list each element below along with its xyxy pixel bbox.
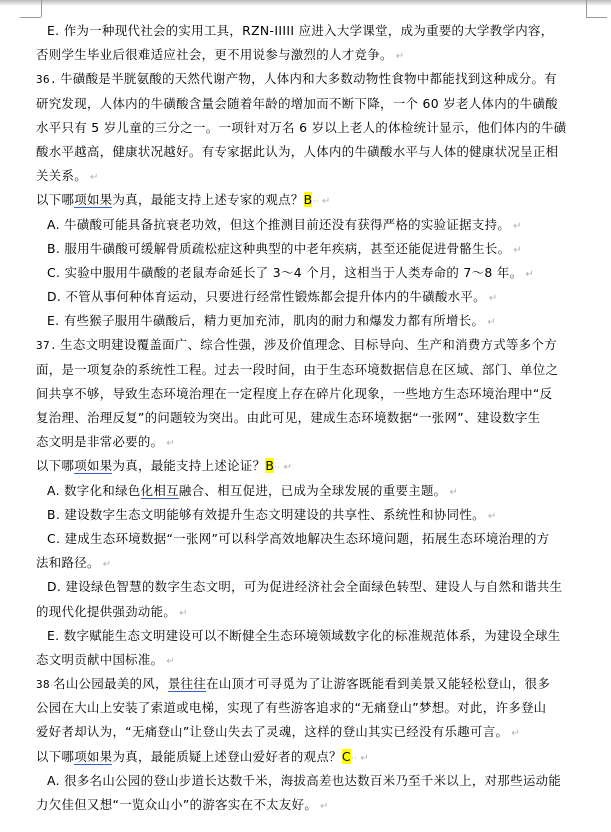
paragraph-mark-icon: ↵ [449,487,458,498]
space-marks: ·· [312,197,318,207]
text: 公园在大山上安装了索道或电梯，实现了有些游客追求的“无痛登山”梦想。对此，许多登… [36,700,546,715]
paragraph-mark-icon: ↵ [179,608,188,619]
text: 生态文明建设覆盖面广、综合性强，涉及价值理念、目标导向、生产和消费方式等多个方 [60,337,557,352]
crop-mark-right [586,17,607,18]
q37-stem: 37.·生态文明建设覆盖面广、综合性强，涉及价值理念、目标导向、生产和消费方式等… [36,333,586,357]
text: 牛磺酸是半胱氨酸的天然代谢产物，人体内和大多数动物性食物中都能找到这种成分。有 [60,71,557,86]
q36-stem: 酸水平越高，健康状况越好。有专家据此认为，人体内的牛磺酸水平与人体的健康状况呈正… [36,140,586,164]
q37-stem: 间共享不够，导致生态环境治理在一定程度上存在碎片化现象，一些地方生态环境治理中“… [36,382,586,406]
text: B. 服用牛磺酸可缓解骨质疏松症这种典型的中老年疾病，甚至还能促进骨骼生长。 [47,241,510,256]
text: 以下哪 [36,192,74,207]
grammar-underline[interactable]: 项如果 [74,192,112,208]
grammar-underline[interactable]: 项如果 [74,749,112,765]
text: 法和路径。 [36,555,100,570]
text: 态文明贡献中国标准。 [36,652,163,667]
q37-option-c-cont: 法和路径。↵ [36,551,586,575]
text: E. 数字赋能生态文明建设可以不断健全生态环境领域数字化的标准规范体系，为建设全… [47,628,561,643]
paragraph-mark-icon: ↵ [525,269,534,280]
text: 研究发现，人体内的牛磺酸含量会随着年龄的增加而不断下降，一个 60 岁老人体内的… [36,96,558,111]
q37-option-e: E. 数字赋能生态文明建设可以不断健全生态环境领域数字化的标准规范体系，为建设全… [36,624,586,648]
text: A. 牛磺酸可能具备抗衰老功效，但这个推测目前还没有获得严格的实验证据支持。 [47,217,510,232]
paragraph-mark-icon: ↵ [166,656,175,667]
q38-stem: 公园在大山上安装了索道或电梯，实现了有些游客追求的“无痛登山”梦想。对此，许多登… [36,696,586,720]
q36-stem: 水平只有 5 岁儿童的三分之一。一项针对万名 6 岁以上老人的体检统计显示，他们… [36,116,586,140]
text: A. 很多名山公园的登山步道长达数千米，海拔高差也达数百米乃至千米以上，对那些运… [47,773,561,788]
crop-mark-left [20,17,41,18]
q36-option-c: C. 实验中服用牛磺酸的老鼠寿命延长了 3～4 个月，这相当于人类寿命的 7～8… [36,261,586,285]
q37-stem: 面，是一项复杂的系统性工程。过去一段时间，由于生态环境数据信息在区域、部门、单位… [36,358,586,382]
paragraph-mark-icon: ↵ [511,728,520,739]
text: C. 实验中服用牛磺酸的老鼠寿命延长了 3～4 个月，这相当于人类寿命的 7～8… [47,265,522,280]
q37-stem: 复治理、治理反复”的问题较为突出。由此可见，建成生态环境数据“一张网”、建设数字… [36,406,586,430]
text: A. 数字化和绿色 [47,483,141,498]
text: 名山公园最美的风， [53,676,168,691]
q38-option-a: A. 很多名山公园的登山步道长达数千米，海拔高差也达数百米乃至千米以上，对那些运… [36,769,586,793]
q36-option-b: B. 服用牛磺酸可缓解骨质疏松症这种典型的中老年疾病，甚至还能促进骨骼生长。↵ [36,237,586,261]
q36-question: 以下哪项如果为真，最能支持上述专家的观点？B··↵ [36,188,586,212]
q38-question: 以下哪项如果为真，最能质疑上述登山爱好者的观点？C··↵ [36,745,586,769]
text: 融合、相互促进，已成为全球发展的重要主题。 [179,483,447,498]
paragraph-mark-icon: ↵ [166,438,175,449]
text: B. 建设数字生态文明能够有效提升生态文明建设的共享性、系统性和协同性。 [47,507,485,522]
grammar-underline[interactable]: 项如果 [74,458,112,474]
answer-highlight: C [342,749,351,764]
paragraph-mark-icon: ↵ [360,753,369,764]
q36-option-d: D. 不管从事何种体育运动，只要进行经常性锻炼都会提升体内的牛磺酸水平。↵ [36,285,586,309]
q37-option-d: D. 建设绿色智慧的数字生态文明，可为促进经济社会全面绿色转型、建设人与自然和谐… [36,575,586,599]
crop-mark-right [586,0,587,17]
text: 为真，最能支持上述论证？ [112,458,265,473]
q35-option-e-cont: 否则学生毕业后很难适应社会，更不用说参与激烈的人才竞争。↵ [36,43,586,67]
space-marks: ·· [274,463,280,473]
question-number: 36. [36,73,57,86]
text: 力欠佳但又想“一览众山小”的游客实在不太友好。 [36,797,317,812]
q37-option-a: A. 数字化和绿色化相互融合、相互促进，已成为全球发展的重要主题。↵ [36,479,586,503]
paragraph-mark-icon: ↵ [103,559,112,570]
page-top-edge [0,0,611,6]
text: 水平只有 5 岁儿童的三分之一。一项针对万名 6 岁以上老人的体检统计显示，他们… [36,120,567,135]
text: 的现代化提供强劲动能。 [36,604,176,619]
q37-option-b: B. 建设数字生态文明能够有效提升生态文明建设的共享性、系统性和协同性。↵ [36,503,586,527]
crop-mark-left [41,0,42,17]
paragraph-mark-icon: ↵ [488,511,497,522]
text: 态文明是非常必要的。 [36,434,163,449]
text: 在山顶才可寻觅为了让游客既能看到美景又能轻松登山，很多 [206,676,550,691]
paragraph-mark-icon: ↵ [513,245,522,256]
document-page[interactable]: E. 作为一种现代社会的实用工具，RZN-IIIII 应进入大学课堂，成为重要的… [36,19,586,817]
grammar-underline[interactable]: 化相互 [141,483,179,499]
q37-option-c: C. 建成生态环境数据“一张网”可以科学高效地解决生态环境问题，拓展生态环境治理… [36,527,586,551]
text: 为真，最能支持上述专家的观点？ [112,192,303,207]
q38-stem: 38·名山公园最美的风，景往往在山顶才可寻觅为了让游客既能看到美景又能轻松登山，… [36,672,586,696]
paragraph-mark-icon: ↵ [489,293,498,304]
question-number: 38 [36,678,50,691]
q36-option-a: A. 牛磺酸可能具备抗衰老功效，但这个推测目前还没有获得严格的实验证据支持。↵ [36,213,586,237]
text: C. 建成生态环境数据“一张网”可以科学高效地解决生态环境问题，拓展生态环境治理… [47,531,550,546]
question-number: 37. [36,339,57,352]
paragraph-mark-icon: ↵ [396,51,405,62]
q37-option-e-cont: 态文明贡献中国标准。↵ [36,648,586,672]
q38-stem: 爱好者却认为，“无痛登山”让登山失去了灵魂，这样的登山其实已经没有乐趣可言。↵ [36,720,586,744]
q36-stem: 研究发现，人体内的牛磺酸含量会随着年龄的增加而不断下降，一个 60 岁老人体内的… [36,92,586,116]
text: 以下哪 [36,458,74,473]
text: 酸水平越高，健康状况越好。有专家据此认为，人体内的牛磺酸水平与人体的健康状况呈正… [36,144,558,159]
paragraph-mark-icon: ↵ [320,801,329,812]
q36-option-e: E. 有些猴子服用牛磺酸后，精力更加充沛，肌肉的耐力和爆发力都有所增长。↵ [36,309,586,333]
text: 间共享不够，导致生态环境治理在一定程度上存在碎片化现象，一些地方生态环境治理中“… [36,386,552,401]
text: 面，是一项复杂的系统性工程。过去一段时间，由于生态环境数据信息在区域、部门、单位… [36,362,558,377]
text: D. 建设绿色智慧的数字生态文明，可为促进经济社会全面绿色转型、建设人与自然和谐… [47,579,562,594]
q37-stem: 态文明是非常必要的。↵ [36,430,586,454]
paragraph-mark-icon: ↵ [487,317,496,328]
q35-option-e: E. 作为一种现代社会的实用工具，RZN-IIIII 应进入大学课堂，成为重要的… [36,19,586,43]
q37-option-d-cont: 的现代化提供强劲动能。↵ [36,600,586,624]
paragraph-mark-icon: ↵ [90,172,99,183]
paragraph-mark-icon: ↵ [322,196,331,207]
q38-option-a-cont: 力欠佳但又想“一览众山小”的游客实在不太友好。↵ [36,793,586,817]
text: E. 有些猴子服用牛磺酸后，精力更加充沛，肌肉的耐力和爆发力都有所增长。 [47,313,484,328]
answer-highlight: B [265,458,274,473]
text: E. 作为一种现代社会的实用工具，RZN-IIIII 应进入大学课堂，成为重要的… [47,23,553,38]
text: 以下哪 [36,749,74,764]
text: 关关系。 [36,168,87,183]
text: 为真，最能质疑上述登山爱好者的观点？ [112,749,341,764]
text: 爱好者却认为，“无痛登山”让登山失去了灵魂，这样的登山其实已经没有乐趣可言。 [36,724,508,739]
paragraph-mark-icon: ↵ [284,462,293,473]
q36-stem: 关关系。↵ [36,164,586,188]
text: 否则学生毕业后很难适应社会，更不用说参与激烈的人才竞争。 [36,47,393,62]
q37-question: 以下哪项如果为真，最能支持上述论证？B··↵ [36,454,586,478]
grammar-underline[interactable]: 景往往 [168,676,206,692]
text: D. 不管从事何种体育运动，只要进行经常性锻炼都会提升体内的牛磺酸水平。 [47,289,486,304]
space-marks: ·· [351,754,357,764]
q36-stem: 36.·牛磺酸是半胱氨酸的天然代谢产物，人体内和大多数动物性食物中都能找到这种成… [36,67,586,91]
text: 复治理、治理反复”的问题较为突出。由此可见，建成生态环境数据“一张网”、建设数字… [36,410,540,425]
paragraph-mark-icon: ↵ [513,221,522,232]
